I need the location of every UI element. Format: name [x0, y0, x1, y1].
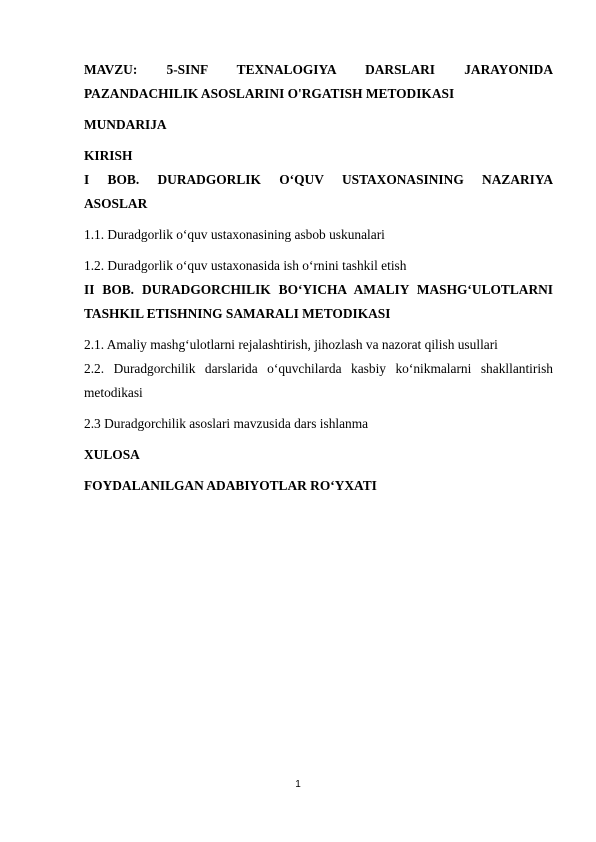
toc-entry-references: FOYDALANILGAN ADABIYOTLAR RO‘YXATI — [84, 474, 553, 498]
toc-entry-intro: KIRISH — [84, 144, 553, 168]
toc-entry-section-2-1: 2.1. Amaliy mashg‘ulotlarni rejalashtiri… — [84, 333, 553, 357]
toc-heading: MUNDARIJA — [84, 113, 553, 137]
toc-entry-chapter-1-line-1: I BOB. DURADGORLIK O‘QUV USTAXONASINING … — [84, 168, 553, 192]
toc-entry-chapter-2-line-2: TASHKIL ETISHNING SAMARALI METODIKASI — [84, 302, 553, 326]
toc-entry-section-2-2-line-2: metodikasi — [84, 381, 553, 405]
toc-entry-section-2-2: 2.2. Duradgorchilik darslarida o‘quvchil… — [84, 357, 553, 405]
toc-entry-section-2-3: 2.3 Duradgorchilik asoslari mavzusida da… — [84, 412, 553, 436]
document-title-line-1: MAVZU: 5-SINF TEXNALOGIYA DARSLARI JARAY… — [84, 58, 553, 82]
document-title-line-2: PAZANDACHILIK ASOSLARINI O'RGATISH METOD… — [84, 82, 553, 106]
toc-entry-chapter-2: II BOB. DURADGORCHILIK BO‘YICHA AMALIY M… — [84, 278, 553, 326]
toc-entry-section-1-1: 1.1. Duradgorlik o‘quv ustaxonasining as… — [84, 223, 553, 247]
toc-entry-chapter-1: I BOB. DURADGORLIK O‘QUV USTAXONASINING … — [84, 168, 553, 216]
toc-entry-chapter-1-line-2: ASOSLAR — [84, 192, 553, 216]
toc-entry-conclusion: XULOSA — [84, 443, 553, 467]
page-number: 1 — [0, 778, 596, 792]
document-content: MAVZU: 5-SINF TEXNALOGIYA DARSLARI JARAY… — [84, 58, 553, 498]
toc-entry-section-1-2: 1.2. Duradgorlik o‘quv ustaxonasida ish … — [84, 254, 553, 278]
toc-entry-section-2-2-line-1: 2.2. Duradgorchilik darslarida o‘quvchil… — [84, 357, 553, 381]
document-page: MAVZU: 5-SINF TEXNALOGIYA DARSLARI JARAY… — [0, 0, 596, 842]
toc-entry-chapter-2-line-1: II BOB. DURADGORCHILIK BO‘YICHA AMALIY M… — [84, 278, 553, 302]
document-title: MAVZU: 5-SINF TEXNALOGIYA DARSLARI JARAY… — [84, 58, 553, 106]
